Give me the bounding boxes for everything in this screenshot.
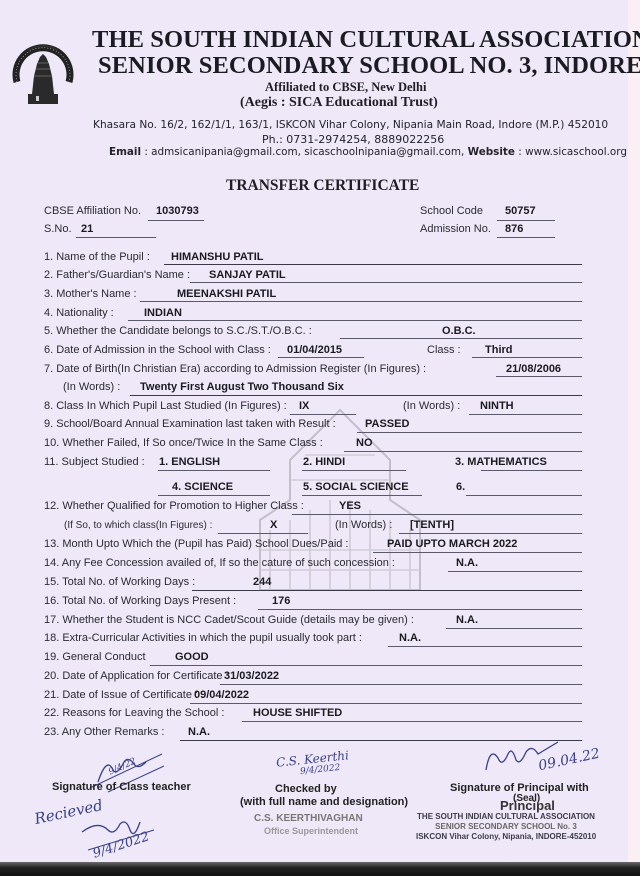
application-date-value: 31/03/2022 [224, 670, 279, 682]
conduct-value: GOOD [175, 651, 209, 663]
working-days-value: 244 [253, 576, 271, 588]
field-21-label: 21. Date of Issue of Certificate : [44, 689, 198, 701]
field-23-label: 23. Any Other Remarks : [44, 726, 164, 738]
admission-value: 876 [505, 223, 523, 235]
school-code-label: School Code [420, 205, 483, 217]
affiliation-value: 1030793 [156, 205, 199, 217]
promotion-value: YES [339, 500, 361, 512]
dues-paid-value: PAID UPTO MARCH 2022 [387, 538, 517, 550]
sno-label: S.No. [44, 223, 72, 235]
field-4-label: 4. Nationality : [44, 307, 114, 319]
paper-edge [628, 0, 640, 862]
promotion-class-figures: X [270, 519, 277, 531]
school-address: Khasara No. 16/2, 162/1/1, 163/1, ISKCON… [93, 119, 608, 131]
aegis-text: (Aegis : SICA Educational Trust) [240, 95, 438, 111]
checked-by-stamp-name: C.S. KEERTHIVAGHAN [254, 814, 363, 824]
last-class-words-value: NINTH [480, 400, 514, 412]
remarks-value: N.A. [188, 726, 210, 738]
nationality-value: INDIAN [144, 307, 182, 319]
promotion-class-label: (If So, to which class(In Figures) : [64, 520, 212, 531]
issue-date-value: 09/04/2022 [194, 689, 249, 701]
principal-stamp-title: Principal [500, 798, 555, 813]
website-value: : www.sicaschool.org [518, 146, 627, 158]
field-19-label: 19. General Conduct [44, 651, 146, 663]
principal-stamp-line-1: THE SOUTH INDIAN CULTURAL ASSOCIATION [416, 812, 596, 822]
school-code-value: 50757 [505, 205, 536, 217]
field-8-label: 8. Class In Which Pupil Last Studied (In… [44, 400, 287, 412]
field-15-label: 15. Total No. of Working Days : [44, 576, 195, 588]
leaving-reason-value: HOUSE SHIFTED [253, 707, 342, 719]
checked-by-stamp-designation: Office Superintendent [264, 826, 358, 836]
admission-class-value: Third [485, 344, 513, 356]
field-11-label: 11. Subject Studied : [44, 456, 145, 468]
dob-figures-value: 21/08/2006 [506, 363, 561, 375]
admission-date-value: 01/04/2015 [287, 344, 342, 356]
field-2-label: 2. Father's/Guardian's Name : [44, 269, 190, 281]
school-emblem-temple-icon [12, 24, 74, 110]
field-13-label: 13. Month Upto Which the (Pupil has Paid… [44, 538, 349, 550]
fee-concession-value: N.A. [456, 557, 478, 569]
school-name-line-1: THE SOUTH INDIAN CULTURAL ASSOCIATION [92, 26, 640, 54]
ncc-value: N.A. [456, 614, 478, 626]
email-label: Email [109, 146, 141, 158]
school-contact: Email : admsicanipania@gmail.com, sicasc… [109, 146, 627, 158]
school-name-line-2: SENIOR SECONDARY SCHOOL NO. 3, INDORE [98, 52, 640, 80]
promotion-words-label: (In Words) : [335, 519, 392, 531]
class-teacher-label: Signature of Class teacher [52, 781, 191, 793]
field-3-label: 3. Mother's Name : [44, 288, 137, 300]
school-phone: Ph.: 0731-2974254, 8889022256 [262, 133, 444, 146]
scanner-shadow [0, 862, 640, 876]
certificate-title: TRANSFER CERTIFICATE [226, 177, 419, 195]
field-12-label: 12. Whether Qualified for Promotion to H… [44, 500, 304, 512]
last-class-words-label: (In Words) : [403, 400, 460, 412]
subject-5: 5. SOCIAL SCIENCE [303, 481, 409, 493]
extra-curricular-value: N.A. [399, 632, 421, 644]
subject-3: 3. MATHEMATICS [455, 456, 547, 468]
category-value: O.B.C. [442, 325, 476, 337]
field-7-label: 7. Date of Birth(In Christian Era) accor… [44, 363, 426, 375]
field-1-label: 1. Name of the Pupil : [44, 251, 150, 263]
field-6-label: 6. Date of Admission in the School with … [44, 344, 271, 356]
field-14-label: 14. Any Fee Concession availed of, If so… [44, 557, 395, 569]
field-10-label: 10. Whether Failed, If So once/Twice In … [44, 437, 323, 449]
field-5-label: 5. Whether the Candidate belongs to S.C.… [44, 325, 312, 337]
pupil-name-value: HIMANSHU PATIL [171, 251, 263, 263]
subject-1: 1. ENGLISH [159, 456, 220, 468]
affiliation-text: Affiliated to CBSE, New Delhi [265, 80, 426, 95]
field-16-label: 16. Total No. of Working Days Present : [44, 595, 236, 607]
checked-by-sublabel: (with full name and designation) [240, 796, 408, 808]
field-9-label: 9. School/Board Annual Examination last … [44, 418, 336, 430]
last-class-figures-value: IX [299, 400, 309, 412]
sno-value: 21 [81, 223, 93, 235]
field-18-label: 18. Extra-Curricular Activities in which… [44, 632, 362, 644]
affiliation-label: CBSE Affiliation No. [44, 205, 141, 217]
field-22-label: 22. Reasons for Leaving the School : [44, 707, 224, 719]
checked-by-label: Checked by [275, 783, 337, 795]
failed-value: NO [356, 437, 373, 449]
promotion-words-value: [TENTH] [410, 519, 454, 531]
subject-4: 4. SCIENCE [172, 481, 233, 493]
email-value: : admsicanipania@gmail.com, sicaschoolni… [144, 146, 464, 158]
dob-words-label: (In Words) : [63, 381, 120, 393]
class-label: Class : [427, 344, 461, 356]
field-20-label: 20. Date of Application for Certificate … [44, 670, 229, 682]
dob-words-value: Twenty First August Two Thousand Six [140, 381, 344, 393]
principal-stamp-line-2: SENIOR SECONDARY SCHOOL No. 3 [416, 822, 596, 832]
website-label: Website [468, 146, 515, 158]
mother-name-value: MEENAKSHI PATIL [177, 288, 276, 300]
exam-result-value: PASSED [365, 418, 409, 430]
principal-stamp-line-3: ISKCON Vihar Colony, Nipania, INDORE-452… [416, 832, 596, 842]
father-name-value: SANJAY PATIL [209, 269, 286, 281]
subject-6: 6. [456, 481, 465, 493]
days-present-value: 176 [272, 595, 290, 607]
subject-2: 2. HINDI [303, 456, 345, 468]
admission-label: Admission No. [420, 223, 491, 235]
field-17-label: 17. Whether the Student is NCC Cadet/Sco… [44, 614, 414, 626]
